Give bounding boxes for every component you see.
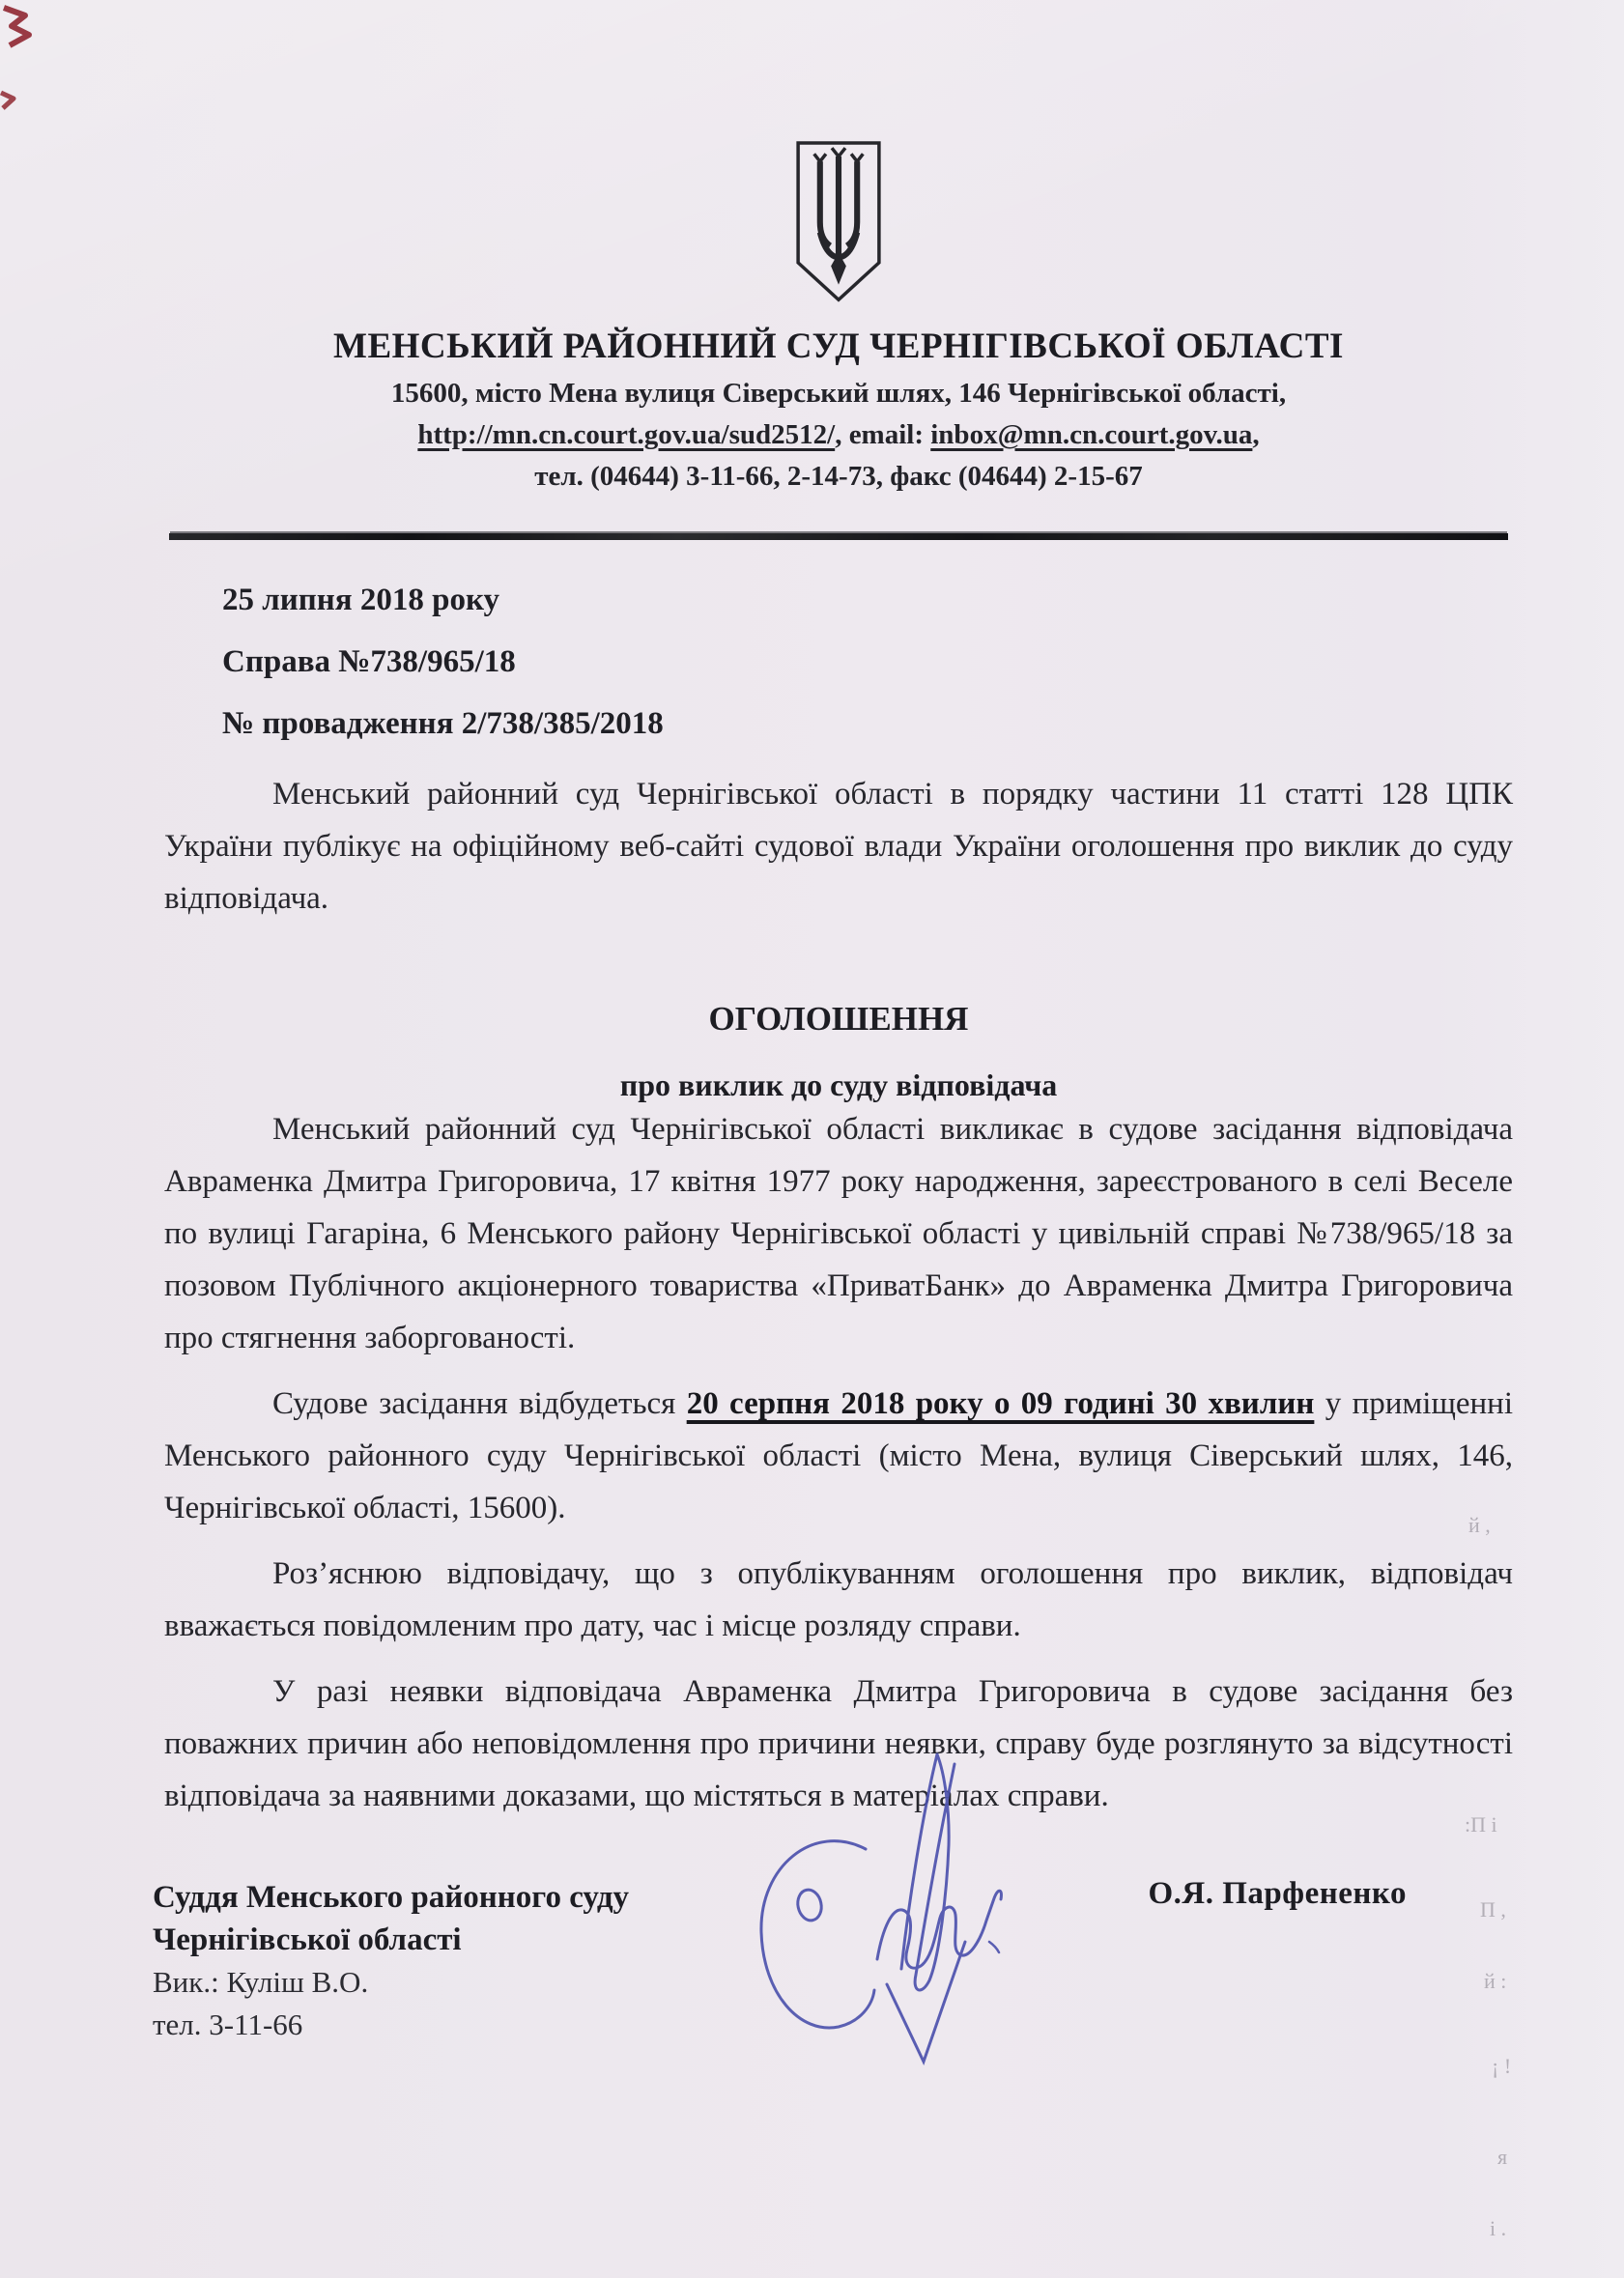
absence-paragraph: У разі неявки відповідача Авраменка Дмит… [164, 1666, 1513, 1822]
scan-artifact: П , [1480, 1897, 1506, 1922]
summons-paragraph: Менський районний суд Чернігівської обла… [164, 1103, 1513, 1364]
email-suffix: , [1252, 419, 1259, 450]
ukraine-trident-emblem-icon [792, 137, 885, 307]
court-contacts-web: http://mn.cn.court.gov.ua/sud2512/, emai… [164, 414, 1513, 456]
judge-title-line1: Суддя Менського районного суду [153, 1876, 629, 1919]
scanned-court-document: МЕНСЬКИЙ РАЙОННИЙ СУД ЧЕРНІГІВСЬКОЇ ОБЛА… [0, 0, 1624, 2278]
hearing-datetime: 20 серпня 2018 року о 09 годині 30 хвили… [687, 1386, 1315, 1421]
scan-artifact: :П і [1465, 1812, 1497, 1837]
website-separator: , [835, 419, 849, 450]
court-email-link: inbox@mn.cn.court.gov.ua [930, 419, 1252, 450]
court-name: МЕНСЬКИЙ РАЙОННИЙ СУД ЧЕРНІГІВСЬКОЇ ОБЛА… [164, 326, 1513, 367]
scan-artifact: і . [1490, 2216, 1506, 2241]
court-phone-line: тел. (04644) 3-11-66, 2-14-73, факс (046… [164, 456, 1513, 498]
hearing-prefix: Судове засідання відбудеться [272, 1386, 687, 1421]
judge-name: О.Я. Парфененко [1148, 1876, 1513, 1912]
executor-line: Вик.: Куліш В.О. [153, 1961, 629, 2004]
scan-artifact: я [1497, 2145, 1507, 2170]
signature-row: Суддя Менського районного суду Чернігівс… [153, 1876, 1513, 2046]
scan-artifact: й , [1468, 1513, 1491, 1538]
executor-phone: тел. 3-11-66 [153, 2004, 629, 2046]
case-info: 25 липня 2018 року Справа №738/965/18 № … [222, 583, 1513, 742]
clarification-paragraph: Роз’яснюю відповідачу, що з опублікуванн… [164, 1548, 1513, 1652]
scan-artifact: ¡ ! [1492, 2054, 1511, 2079]
proceeding-number: № провадження 2/738/385/2018 [222, 706, 1513, 742]
email-label: email: [849, 419, 931, 450]
intro-paragraph: Менський районний суд Чернігівської обла… [164, 768, 1513, 925]
announcement-subtitle: про виклик до суду відповідача [164, 1068, 1513, 1103]
header-divider [169, 533, 1508, 540]
document-content: МЕНСЬКИЙ РАЙОННИЙ СУД ЧЕРНІГІВСЬКОЇ ОБЛА… [0, 0, 1624, 2046]
scan-artifact: й : [1484, 1969, 1506, 1994]
emblem-wrap [164, 0, 1513, 312]
case-number: Справа №738/965/18 [222, 644, 1513, 680]
court-website-link: http://mn.cn.court.gov.ua/sud2512/ [417, 419, 835, 450]
announcement-title: ОГОЛОШЕННЯ [164, 1000, 1513, 1039]
judge-title-line2: Чернігівської області [153, 1919, 629, 1961]
court-address: 15600, місто Мена вулиця Сіверський шлях… [164, 373, 1513, 414]
hearing-paragraph: Судове засідання відбудеться 20 серпня 2… [164, 1378, 1513, 1534]
document-date: 25 липня 2018 року [222, 583, 1513, 618]
judge-title-block: Суддя Менського районного суду Чернігівс… [153, 1876, 629, 2046]
